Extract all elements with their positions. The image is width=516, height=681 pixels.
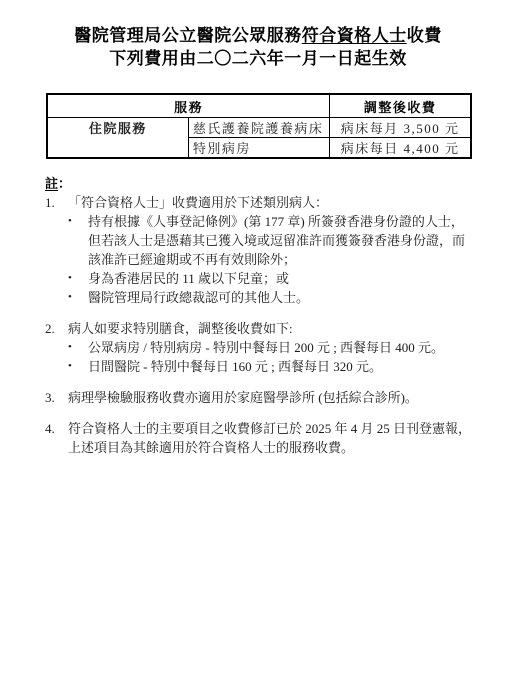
bullet-icon: • (68, 269, 88, 288)
bullet-icon: • (68, 357, 88, 376)
note-number: 2. (45, 319, 68, 338)
bullet-text: 醫院管理局行政總裁認可的其他人士。 (88, 288, 472, 307)
note-4-main: 4. 符合資格人士的主要項目之收費修訂已於 2025 年 4 月 25 日刊登憲… (45, 419, 472, 457)
note-1-bullet-2: • 身為香港居民的 11 歲以下兒童；或 (45, 269, 472, 288)
table-header-fee: 調整後收費 (330, 94, 471, 118)
notes-colon: ： (58, 176, 71, 191)
table-header-row: 服務 調整後收費 (47, 94, 471, 118)
note-2-main: 2. 病人如要求特別膳食，調整後收費如下: (45, 319, 472, 338)
title-line-2: 下列費用由二〇二六年一月一日起生效 (0, 47, 516, 70)
note-number: 3. (45, 388, 68, 407)
note-text: 符合資格人士的主要項目之收費修訂已於 2025 年 4 月 25 日刊登憲報，上… (68, 419, 472, 457)
bullet-icon: • (68, 288, 88, 307)
bullet-text: 持有根據《人事登記條例》(第 177 章) 所簽發香港身份證的人士，但若該人士是… (88, 212, 472, 269)
note-1-bullet-1: • 持有根據《人事登記條例》(第 177 章) 所簽發香港身份證的人士，但若該人… (45, 212, 472, 269)
bullet-icon: • (68, 338, 88, 357)
notes-section: 註： 1. 「符合資格人士」收費適用於下述類別病人： • 持有根據《人事登記條例… (45, 174, 472, 457)
table-cell-fee: 病床每月 3,500 元 (330, 118, 471, 138)
bullet-text: 日間醫院 - 特別中餐每日 160 元 ; 西餐每日 320 元。 (88, 357, 472, 376)
notes-heading: 註： (45, 174, 472, 193)
note-1-main: 1. 「符合資格人士」收費適用於下述類別病人： (45, 193, 472, 212)
note-2-bullet-1: • 公眾病房 / 特別病房 - 特別中餐每日 200 元 ; 西餐每日 400 … (45, 338, 472, 357)
title-line1-suffix: 收費 (407, 26, 442, 45)
note-1-bullet-3: • 醫院管理局行政總裁認可的其他人士。 (45, 288, 472, 307)
table-cell-service: 慈氏護養院護養病床 (188, 118, 329, 138)
table-row: 住院服務 慈氏護養院護養病床 病床每月 3,500 元 (47, 118, 471, 138)
bullet-text: 身為香港居民的 11 歲以下兒童；或 (88, 269, 472, 288)
document-page: 醫院管理局公立醫院公眾服務符合資格人士收費 下列費用由二〇二六年一月一日起生效 … (0, 0, 516, 681)
table-cell-fee: 病床每日 4,400 元 (330, 138, 471, 159)
title-line1-underlined: 符合資格人士 (302, 26, 407, 45)
title-line-1: 醫院管理局公立醫院公眾服務符合資格人士收費 (0, 24, 516, 47)
bullet-text: 公眾病房 / 特別病房 - 特別中餐每日 200 元 ; 西餐每日 400 元。 (88, 338, 472, 357)
note-item-2: 2. 病人如要求特別膳食，調整後收費如下: • 公眾病房 / 特別病房 - 特別… (45, 319, 472, 376)
notes-label: 註 (45, 176, 58, 191)
note-3-main: 3. 病理學檢驗服務收費亦適用於家庭醫學診所 (包括綜合診所)。 (45, 388, 472, 407)
table-header-service: 服務 (47, 94, 330, 118)
note-text: 「符合資格人士」收費適用於下述類別病人： (68, 193, 472, 212)
document-title: 醫院管理局公立醫院公眾服務符合資格人士收費 下列費用由二〇二六年一月一日起生效 (0, 24, 516, 70)
note-text: 病人如要求特別膳食，調整後收費如下: (68, 319, 472, 338)
table-cell-service: 特別病房 (188, 138, 329, 159)
note-item-1: 1. 「符合資格人士」收費適用於下述類別病人： • 持有根據《人事登記條例》(第… (45, 193, 472, 307)
table-cell-category: 住院服務 (47, 118, 188, 159)
note-item-4: 4. 符合資格人士的主要項目之收費修訂已於 2025 年 4 月 25 日刊登憲… (45, 419, 472, 457)
note-number: 4. (45, 419, 68, 438)
title-line1-prefix: 醫院管理局公立醫院公眾服務 (74, 26, 302, 45)
fee-table: 服務 調整後收費 住院服務 慈氏護養院護養病床 病床每月 3,500 元 特別病… (46, 93, 472, 159)
note-2-bullet-2: • 日間醫院 - 特別中餐每日 160 元 ; 西餐每日 320 元。 (45, 357, 472, 376)
note-number: 1. (45, 193, 68, 212)
note-text: 病理學檢驗服務收費亦適用於家庭醫學診所 (包括綜合診所)。 (68, 388, 472, 407)
note-item-3: 3. 病理學檢驗服務收費亦適用於家庭醫學診所 (包括綜合診所)。 (45, 388, 472, 407)
bullet-icon: • (68, 212, 88, 231)
